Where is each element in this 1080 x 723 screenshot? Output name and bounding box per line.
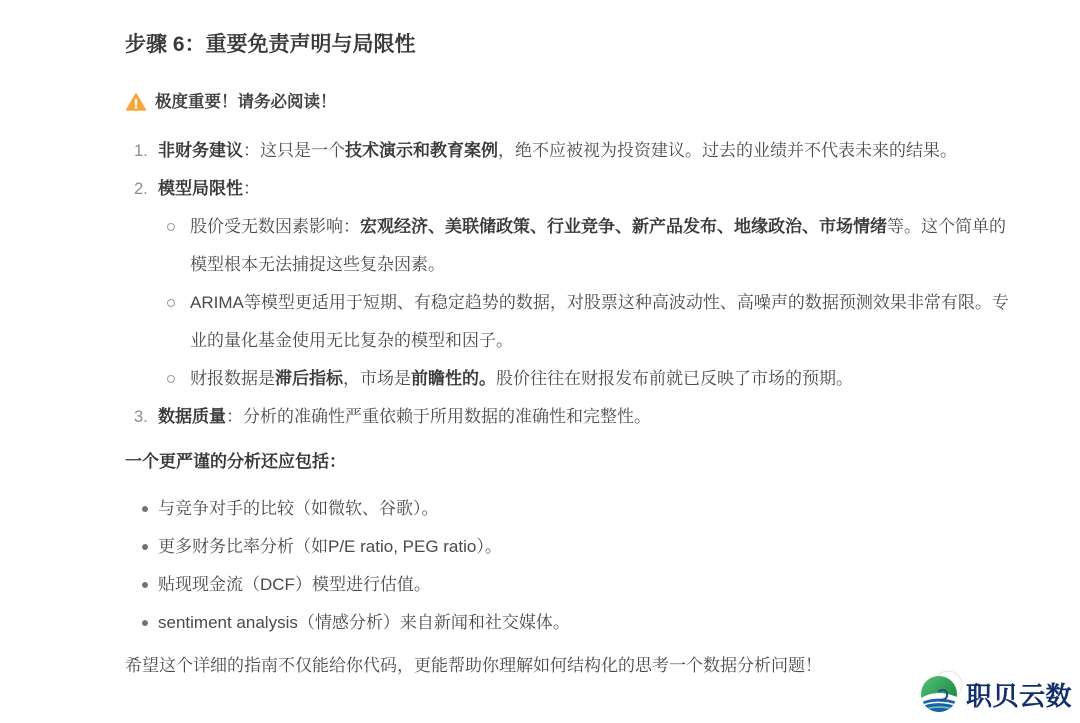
text: 股价往往在财报发布前就已反映了市场的预期。 [496, 369, 853, 388]
bullet-item: 与竞争对手的比较（如微软、谷歌）。 [125, 490, 1010, 528]
bold-text: 前瞻性的。 [411, 369, 496, 388]
bullet-item: 贴现现金流（DCF）模型进行估值。 [125, 566, 1010, 604]
numbered-list: 1.非财务建议：这只是一个技术演示和教育案例，绝不应被视为投资建议。过去的业绩并… [125, 132, 1010, 436]
brand-watermark: 职贝云数 [919, 670, 1072, 721]
bold-text: 滞后指标 [275, 369, 343, 388]
bold-text: 宏观经济、美联储政策、行业竞争、新产品发布、地缘政治、市场情绪 [360, 217, 887, 236]
subheading: 一个更严谨的分析还应包括： [125, 450, 1010, 474]
bullet-list: 与竞争对手的比较（如微软、谷歌）。更多财务比率分析（如P/E ratio, PE… [125, 490, 1010, 642]
numbered-item: 2.模型局限性：股价受无数因素影响：宏观经济、美联储政策、行业竞争、新产品发布、… [125, 170, 1010, 398]
text: ：分析的准确性严重依赖于所用数据的准确性和完整性。 [226, 407, 651, 426]
numbered-item: 1.非财务建议：这只是一个技术演示和教育案例，绝不应被视为投资建议。过去的业绩并… [125, 132, 1010, 170]
list-number: 3. [134, 398, 148, 436]
document-body: 步骤 6：重要免责声明与局限性 极度重要！请务必阅读！ 1.非财务建议：这只是一… [0, 0, 1010, 678]
text: ARIMA等模型更适用于短期、有稳定趋势的数据，对股票这种高波动性、高噪声的数据… [190, 293, 1009, 350]
text: 财报数据是 [190, 369, 275, 388]
bold-text: 数据质量 [158, 407, 226, 426]
sub-bullet-item: ARIMA等模型更适用于短期、有稳定趋势的数据，对股票这种高波动性、高噪声的数据… [158, 284, 1010, 360]
text: ：这只是一个 [243, 141, 345, 160]
text: 股价受无数因素影响： [190, 217, 360, 236]
bold-text: 技术演示和教育案例 [345, 141, 498, 160]
closing-paragraph: 希望这个详细的指南不仅能给你代码，更能帮助你理解如何结构化的思考一个数据分析问题… [125, 654, 1010, 678]
warning-triangle-icon [126, 93, 146, 112]
sub-bullet-item: 股价受无数因素影响：宏观经济、美联储政策、行业竞争、新产品发布、地缘政治、市场情… [158, 208, 1010, 284]
text: ： [243, 179, 260, 198]
bold-text: 非财务建议 [158, 141, 243, 160]
bullet-item: 更多财务比率分析（如P/E ratio, PEG ratio）。 [125, 528, 1010, 566]
list-number: 1. [134, 132, 148, 170]
text: ，市场是 [343, 369, 411, 388]
sub-bullet-list: 股价受无数因素影响：宏观经济、美联储政策、行业竞争、新产品发布、地缘政治、市场情… [158, 208, 1010, 398]
warning-text: 极度重要！请务必阅读！ [155, 92, 337, 112]
bold-text: 模型局限性 [158, 179, 243, 198]
list-number: 2. [134, 170, 148, 208]
brand-name: 职贝云数 [966, 683, 1072, 709]
sub-bullet-item: 财报数据是滞后指标，市场是前瞻性的。股价往往在财报发布前就已反映了市场的预期。 [158, 360, 1010, 398]
text: ，绝不应被视为投资建议。过去的业绩并不代表未来的结果。 [498, 141, 957, 160]
page-title: 步骤 6：重要免责声明与局限性 [125, 33, 1010, 57]
numbered-item: 3.数据质量：分析的准确性严重依赖于所用数据的准确性和完整性。 [125, 398, 1010, 436]
bullet-item: sentiment analysis（情感分析）来自新闻和社交媒体。 [125, 604, 1010, 642]
warning-callout: 极度重要！请务必阅读！ [126, 92, 1010, 112]
globe-waves-icon [919, 670, 965, 721]
